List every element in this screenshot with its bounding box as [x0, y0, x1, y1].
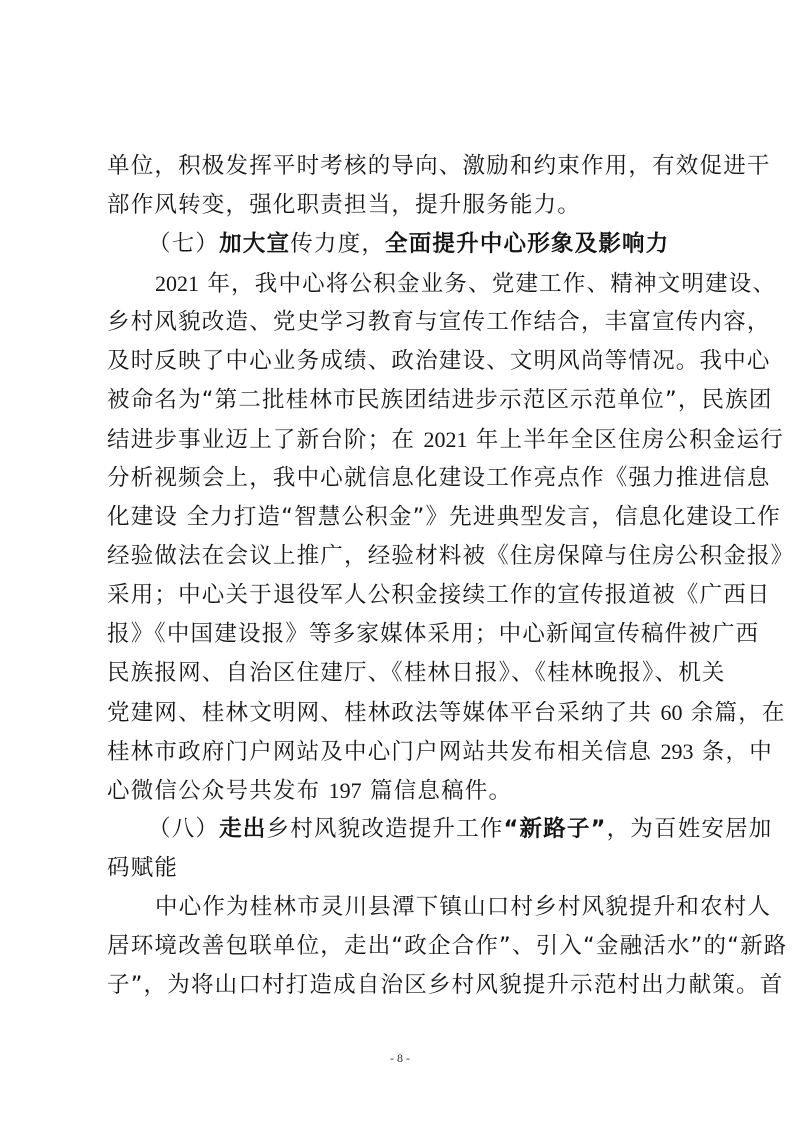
body-text-line: 居环境改善包联单位，走出“政企合作”、引入“金融活水”的“新路 [107, 927, 713, 966]
body-text-line: 心微信公众号共发布 197 篇信息稿件。 [107, 771, 713, 810]
text-segment: 党建网、桂林文明网、桂林政法等媒体平台采纳了共 [107, 700, 660, 726]
text-segment: 桂林市政府门户网站及中心门户网站共发布相关信息 [107, 739, 660, 765]
text-segment: 篇信息稿件。 [362, 778, 513, 804]
body-text-line: 经验做法在会议上推广，经验材料被《住房保障与住房公积金报》 [107, 537, 713, 576]
body-text-line: 被命名为“第二批桂林市民族团结进步示范区示范单位”，民族团 [107, 381, 713, 420]
body-text-line: 结进步事业迈上了新台阶；在 2021 年上半年全区住房公积金运行 [107, 420, 713, 459]
heading-text: 全面提升中心形象及影响力 [385, 231, 669, 257]
section-number: （七） [148, 231, 219, 257]
count-number: 197 [329, 778, 362, 803]
heading-text: 加大宣 [219, 231, 290, 257]
heading-text: 走出 [219, 816, 266, 842]
text-segment: 条，中 [693, 739, 772, 765]
body-text-line: 党建网、桂林文明网、桂林政法等媒体平台采纳了共 60 余篇，在 [107, 693, 713, 732]
heading-text: 传力度 [290, 231, 361, 257]
body-text-line: 2021 年，我中心将公积金业务、党建工作、精神文明建设、 [155, 264, 713, 303]
text-segment: 结进步事业迈上了新台阶；在 [107, 427, 423, 453]
heading-text: “新路子” [504, 816, 607, 842]
year-number: 2021 [155, 271, 199, 296]
body-text-line: 化建设 全力打造“智慧公积金”》先进典型发言，信息化建设工作 [107, 498, 713, 537]
body-text-line: 民族报网、自治区住建厅、《桂林日报》、《桂林晚报》、机关 [107, 654, 713, 693]
count-number: 60 [660, 700, 682, 725]
year-number: 2021 [423, 427, 467, 452]
body-text-line: 子”，为将山口村打造成自治区乡村风貌提升示范村出力献策。首 [107, 966, 713, 1005]
body-text-line: 桂林市政府门户网站及中心门户网站共发布相关信息 293 条，中 [107, 732, 713, 771]
text-segment: 年上半年全区住房公积金运行 [467, 427, 783, 453]
body-text-line: 单位，积极发挥平时考核的导向、激励和约束作用，有效促进干 [107, 147, 713, 186]
text-segment: 余篇，在 [682, 700, 785, 726]
page-number: - 8 - [0, 1051, 800, 1066]
heading-text: 乡村风貌改造提升工作 [267, 816, 504, 842]
text-segment: 年，我中心将公积金业务、党建工作、精神文明建设、 [199, 271, 776, 297]
section-number: （八） [148, 816, 219, 842]
body-text-line: 采用；中心关于退役军人公积金接续工作的宣传报道被《广西日 [107, 576, 713, 615]
section-8-heading-continuation: 码赋能 [107, 849, 713, 888]
heading-text: ，为百姓安居加 [607, 816, 773, 842]
body-text-line: 分析视频会上，我中心就信息化建设工作亮点作《强力推进信息 [107, 459, 713, 498]
body-text-line: 部作风转变，强化职责担当，提升服务能力。 [107, 186, 713, 225]
section-7-heading: （七）加大宣传力度，全面提升中心形象及影响力 [148, 225, 713, 264]
body-text-line: 报》《中国建设报》等多家媒体采用；中心新闻宣传稿件被广西 [107, 615, 713, 654]
section-8-heading: （八）走出乡村风貌改造提升工作“新路子”，为百姓安居加 [148, 810, 713, 849]
document-page: 单位，积极发挥平时考核的导向、激励和约束作用，有效促进干 部作风转变，强化职责担… [0, 0, 800, 1132]
body-text-line: 及时反映了中心业务成绩、政治建设、文明风尚等情况。我中心 [107, 342, 713, 381]
body-text-line: 中心作为桂林市灵川县潭下镇山口村乡村风貌提升和农村人 [155, 888, 713, 927]
text-segment: 心微信公众号共发布 [107, 778, 329, 804]
heading-text: ， [361, 231, 385, 257]
body-text-line: 乡村风貌改造、党史学习教育与宣传工作结合，丰富宣传内容， [107, 303, 713, 342]
count-number: 293 [660, 739, 693, 764]
